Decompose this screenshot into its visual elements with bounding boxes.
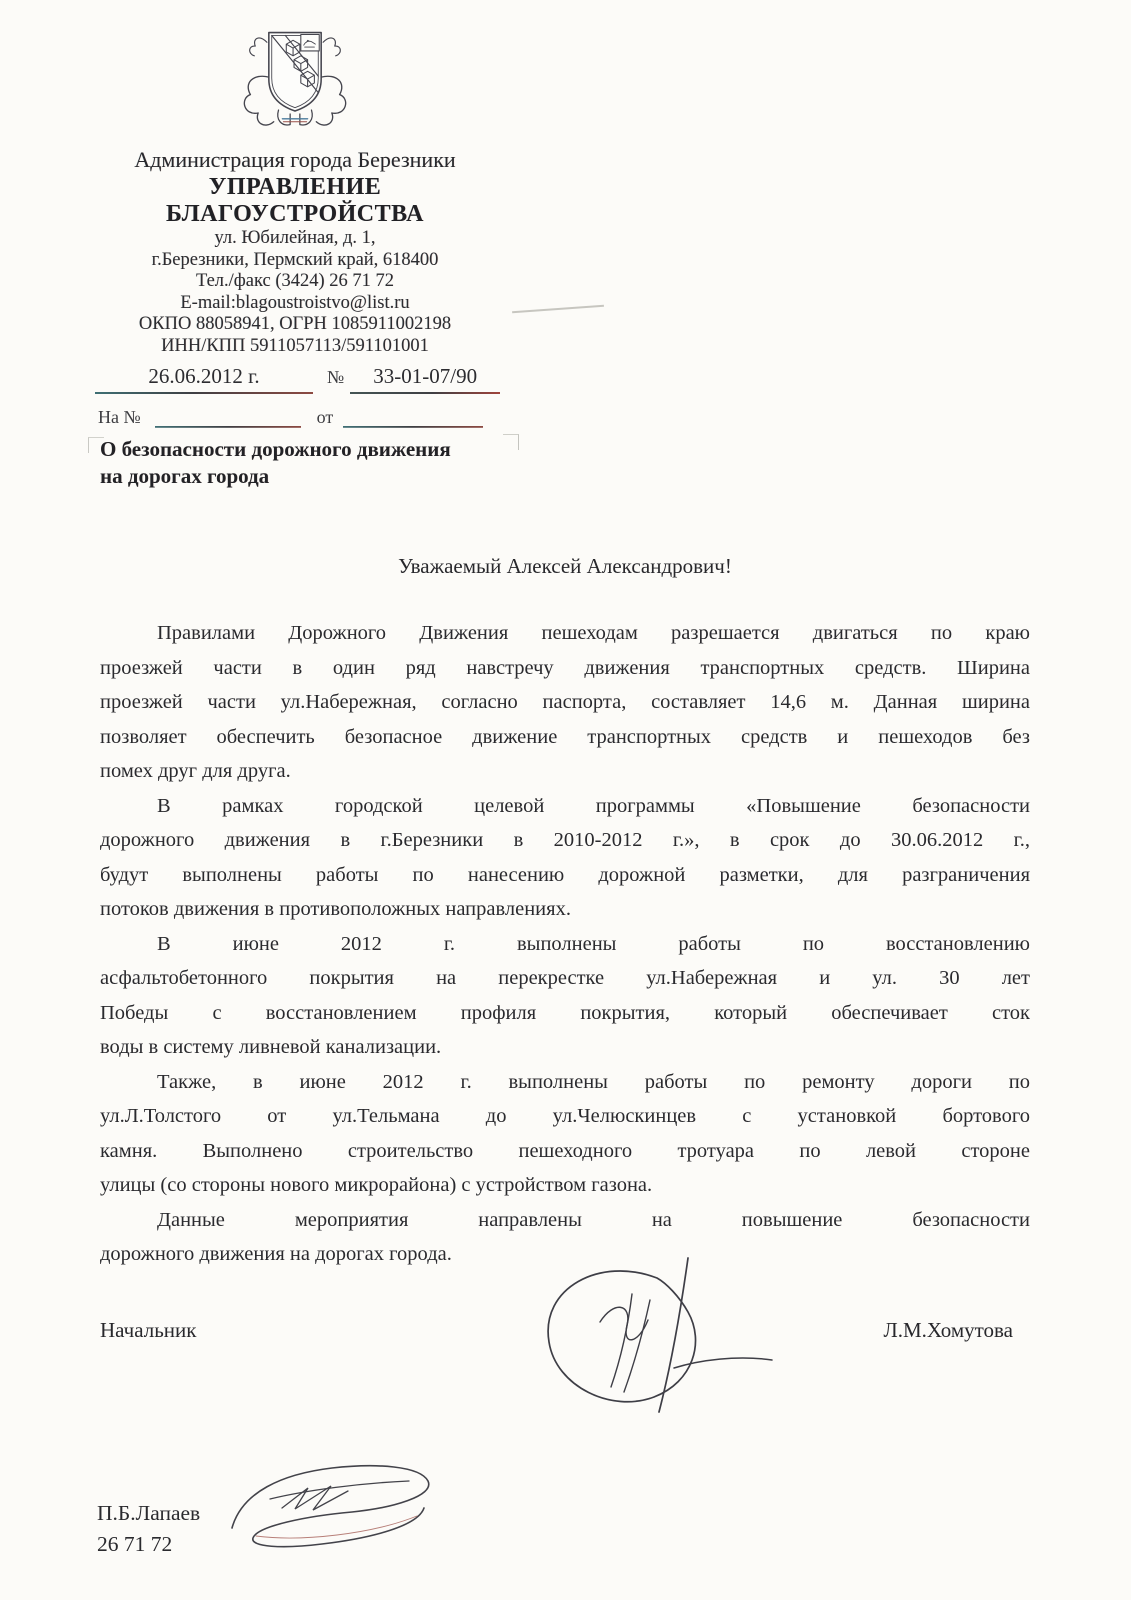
body-line: дорожного движения в г.Березники в 2010-… [100,823,1030,858]
letter-date: 26.06.2012 г. [95,364,313,394]
executor-name: П.Б.Лапаев [97,1498,200,1529]
okpo-ogrn: ОКПО 88058941, ОГРН 1085911002198 [80,314,510,336]
executor-block: П.Б.Лапаев 26 71 72 [97,1498,200,1560]
executor-signature-scribble [212,1446,442,1556]
body-line: Также, в июне 2012 г. выполнены работы п… [100,1065,1030,1100]
body-line: Данные мероприятия направлены на повышен… [100,1203,1030,1238]
body-line: Победы с восстановлением профиля покрыти… [100,996,1030,1031]
signer-name: Л.М.Хомутова [883,1318,1013,1343]
department-name-line1: УПРАВЛЕНИЕ [80,174,510,201]
inn-kpp: ИНН/КПП 5911057113/591101001 [80,336,510,358]
body-paragraph: Также, в июне 2012 г. выполнены работы п… [100,1065,1030,1203]
body-line: улицы (со стороны нового микрорайона) с … [100,1168,1030,1203]
body-line: воды в систему ливневой канализации. [100,1030,1030,1065]
signer-signature-scribble [482,1250,782,1420]
body-line: потоков движения в противоположных напра… [100,892,1030,927]
number-sign: № [327,367,344,394]
phone-fax: Тел./факс (3424) 26 71 72 [80,271,510,293]
letter-body: Правилами Дорожного Движения пешеходам р… [100,616,1030,1272]
body-line: камня. Выполнено строительство пешеходно… [100,1134,1030,1169]
letter-number: 33-01-07/90 [350,364,500,394]
reply-reference-line: На №от [98,404,518,432]
body-line: помех друг для друга. [100,754,1030,789]
body-paragraph: Правилами Дорожного Движения пешеходам р… [100,616,1030,789]
from-label: от [317,407,334,427]
administration-line: Администрация города Березники [80,146,510,174]
body-line: В июне 2012 г. выполнены работы по восст… [100,927,1030,962]
body-line: Правилами Дорожного Движения пешеходам р… [100,616,1030,651]
berezniki-coat-of-arms-icon [232,22,358,140]
executor-phone: 26 71 72 [97,1529,200,1560]
email: E-mail:blagoustroistvo@list.ru [80,293,510,315]
body-line: ул.Л.Толстого от ул.Тельмана до ул.Челюс… [100,1099,1030,1134]
reply-date-blank [343,404,483,428]
address-city: г.Березники, Пермский край, 618400 [80,250,510,272]
scan-artifact-line [512,305,604,313]
body-paragraph: В июне 2012 г. выполнены работы по восст… [100,927,1030,1065]
scanned-letter-page: Администрация города Березники УПРАВЛЕНИ… [0,0,1131,1600]
reply-label: На № [98,407,141,427]
reply-number-blank [155,404,301,428]
body-line: будут выполнены работы по нанесению доро… [100,858,1030,893]
salutation: Уважаемый Алексей Александрович! [100,554,1030,579]
body-line: В рамках городской целевой программы «По… [100,789,1030,824]
body-line: позволяет обеспечить безопасное движение… [100,720,1030,755]
body-line: асфальтобетонного покрытия на перекрестк… [100,961,1030,996]
body-line: проезжей части в один ряд навстречу движ… [100,651,1030,686]
address-street: ул. Юбилейная, д. 1, [80,228,510,250]
department-name-line2: БЛАГОУСТРОЙСТВА [80,201,510,228]
subject: О безопасности дорожного движения на дор… [100,436,540,489]
body-paragraph: В рамках городской целевой программы «По… [100,789,1030,927]
body-line: проезжей части ул.Набережная, согласно п… [100,685,1030,720]
reference-line: 26.06.2012 г.№33-01-07/90 [95,364,515,396]
signer-position: Начальник [100,1318,196,1343]
letterhead: Администрация города Березники УПРАВЛЕНИ… [80,146,510,357]
